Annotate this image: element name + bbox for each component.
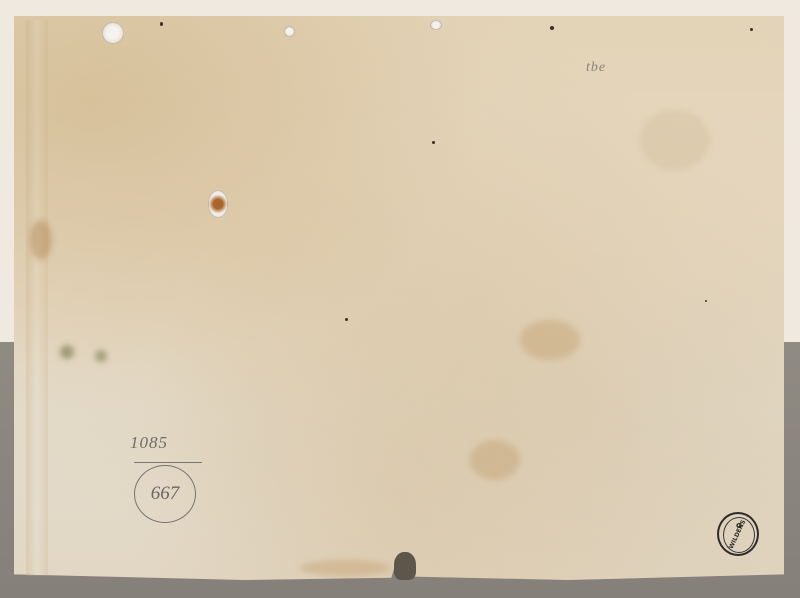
collector-stamp-icon: G WILDENS (717, 512, 759, 556)
stain (520, 320, 580, 360)
speck (160, 22, 163, 26)
speck (345, 318, 348, 321)
stain (640, 110, 710, 170)
pencil-rule-line (134, 462, 202, 463)
pin-hole (102, 22, 124, 44)
speck (432, 141, 435, 144)
stain (470, 440, 520, 480)
pin-hole (430, 20, 442, 30)
paper-sheet (14, 16, 784, 580)
speck (550, 26, 554, 30)
pencil-number-top: 1085 (130, 433, 168, 453)
stain (60, 345, 74, 359)
worm-hole (208, 190, 228, 218)
speck (705, 300, 707, 302)
circled-number-text: 667 (151, 483, 180, 505)
paper-tear (394, 552, 416, 580)
speck (750, 28, 753, 31)
paper-fold-band (26, 20, 48, 576)
circled-inventory-number: 667 (134, 465, 196, 523)
stain (95, 350, 107, 362)
stain (30, 220, 52, 260)
stain (300, 560, 390, 576)
pencil-mark-top-right: tbe (586, 60, 606, 76)
pin-hole (284, 26, 295, 37)
